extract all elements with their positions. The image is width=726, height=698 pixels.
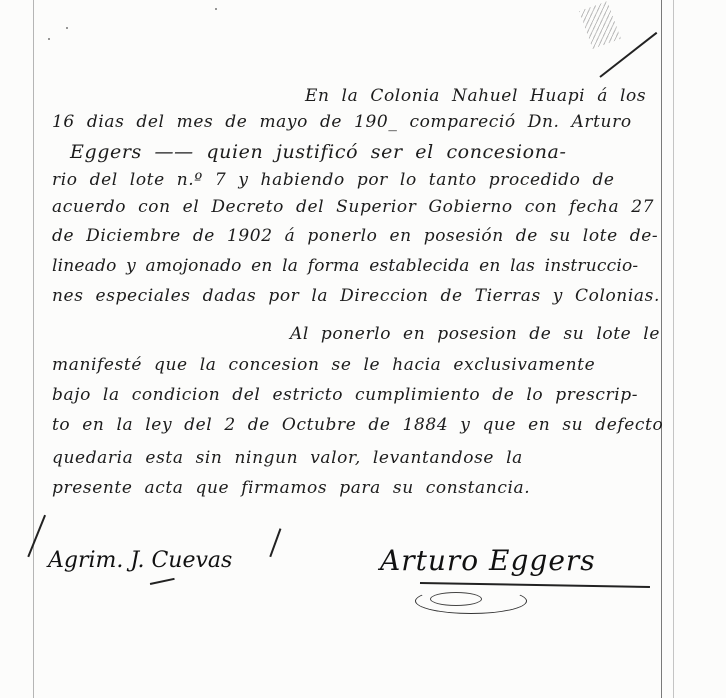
signature-flourish-inner xyxy=(430,592,482,606)
pen-stroke xyxy=(27,515,45,557)
text-line-5: acuerdo con el Decreto del Superior Gobi… xyxy=(52,197,654,217)
right-outer-rule xyxy=(673,0,674,698)
text-line-2: 16 dias del mes de mayo de 190_ comparec… xyxy=(52,112,632,132)
text-line-3: Eggers —— quien justificó ser el concesi… xyxy=(70,142,567,162)
paper-speck xyxy=(66,27,68,29)
signature-rubric xyxy=(420,582,650,588)
text-line-14: presente acta que firmamos para su const… xyxy=(52,478,530,498)
text-line-7: lineado y amojonado en la forma establec… xyxy=(52,256,638,276)
signature-underline xyxy=(150,578,175,585)
text-line-13: quedaria esta sin ningun valor, levantan… xyxy=(52,448,523,468)
text-line-11: bajo la condicion del estricto cumplimie… xyxy=(52,385,638,405)
text-line-8: nes especiales dadas por la Direccion de… xyxy=(52,286,660,306)
right-margin-rule xyxy=(661,0,662,698)
paper-speck xyxy=(48,38,50,40)
text-line-10: manifesté que la concesion se le hacia e… xyxy=(52,355,595,375)
text-line-9: Al ponerlo en posesion de su lote le xyxy=(290,324,660,344)
paper-speck xyxy=(215,8,217,10)
left-margin-rule xyxy=(33,0,34,698)
text-line-1: En la Colonia Nahuel Huapi á los xyxy=(305,86,646,106)
ink-smudge xyxy=(579,1,621,49)
text-line-4: rio del lote n.º 7 y habiendo por lo tan… xyxy=(52,170,615,190)
text-line-12: to en la ley del 2 de Octubre de 1884 y … xyxy=(52,415,663,435)
signature-surveyor: Agrim. J. Cuevas xyxy=(48,548,232,573)
pen-stroke xyxy=(269,528,281,557)
document-page: En la Colonia Nahuel Huapi á los 16 dias… xyxy=(0,0,726,698)
text-line-6: de Diciembre de 1902 á ponerlo en posesi… xyxy=(52,226,658,246)
signature-arturo-eggers: Arturo Eggers xyxy=(380,544,596,577)
